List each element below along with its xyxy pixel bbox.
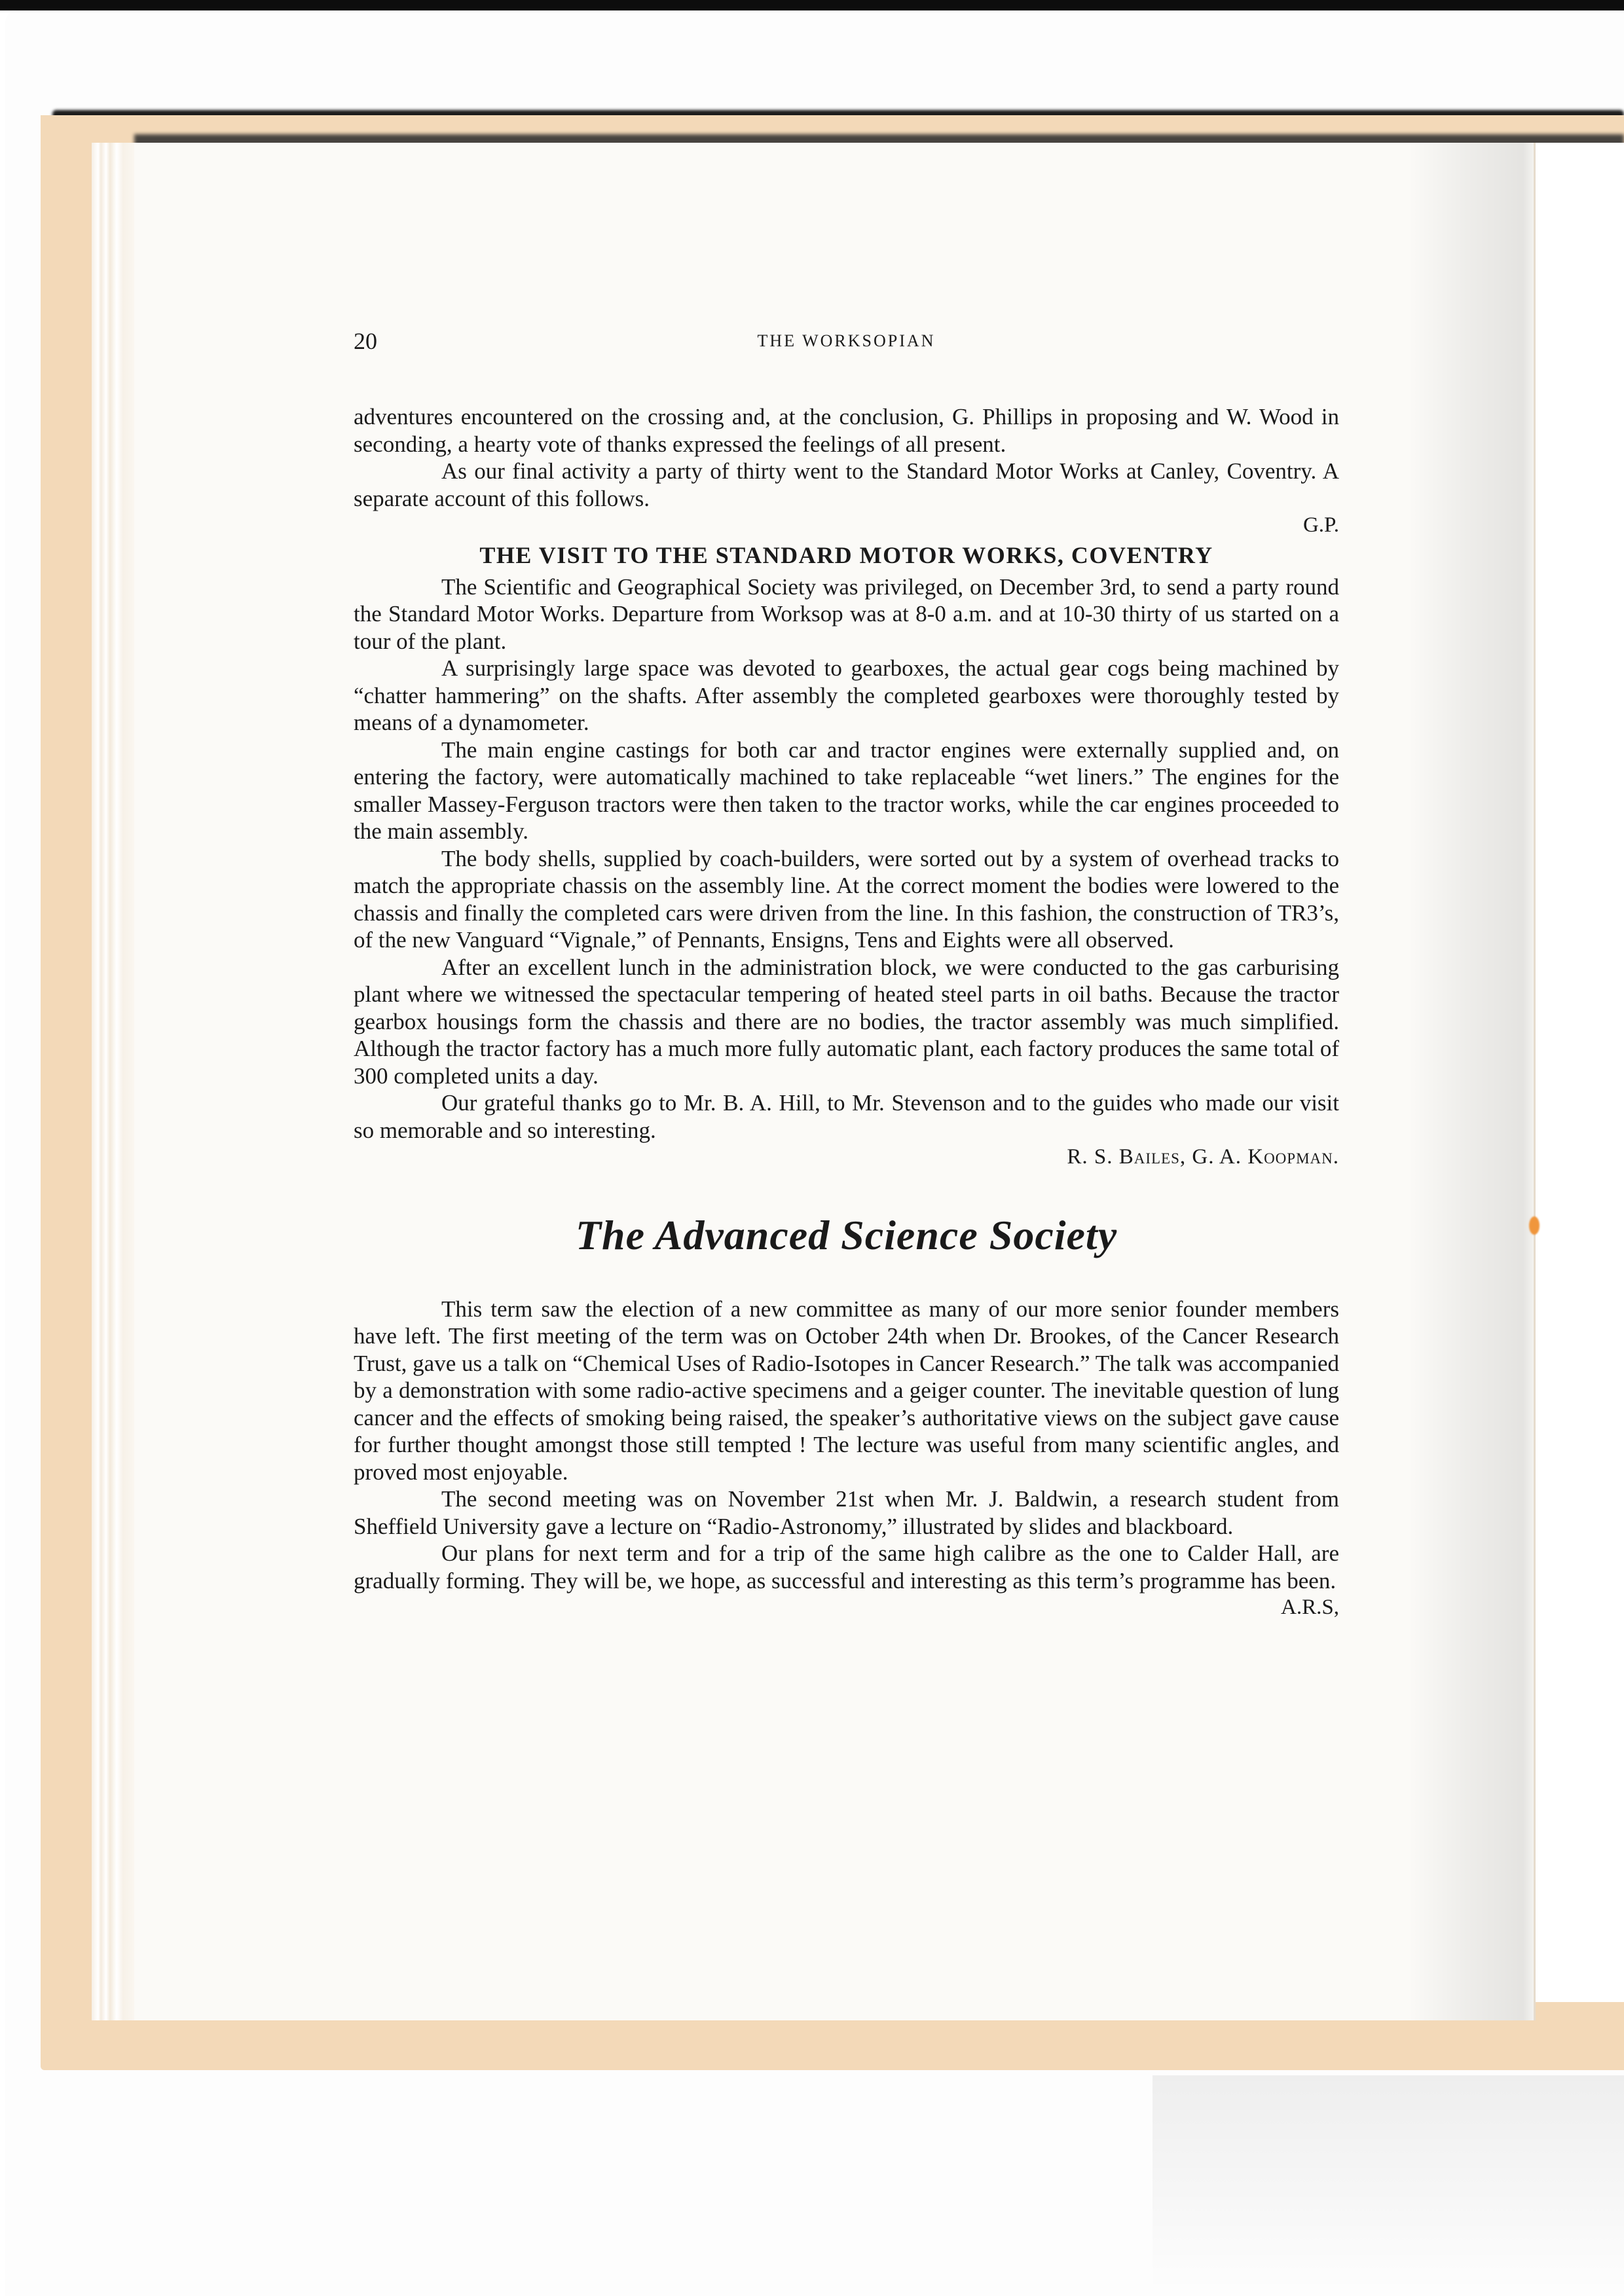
paragraph: After an excellent lunch in the administ… — [354, 954, 1339, 1090]
paragraph: This term saw the election of a new comm… — [354, 1296, 1339, 1486]
paragraph: The main engine castings for both car an… — [354, 737, 1339, 845]
paragraph: The Scientific and Geographical Society … — [354, 574, 1339, 655]
scanner-shadow — [1153, 2075, 1624, 2291]
paragraph: A surprisingly large space was devoted t… — [354, 655, 1339, 737]
running-head: 20 THE WORKSOPIAN — [354, 327, 1339, 359]
section-heading: THE VISIT TO THE STANDARD MOTOR WORKS, C… — [354, 541, 1339, 570]
signature: R. S. Bailes, G. A. Koopman. — [354, 1144, 1339, 1171]
scan-edge-strip — [0, 0, 1624, 10]
facing-page-edge — [1536, 143, 1624, 2002]
paragraph: The body shells, supplied by coach-build… — [354, 845, 1339, 954]
visit-article: THE VISIT TO THE STANDARD MOTOR WORKS, C… — [354, 541, 1339, 1171]
rust-stain-icon — [1529, 1216, 1540, 1235]
page-edges — [92, 143, 138, 2020]
paragraph: The second meeting was on November 21st … — [354, 1485, 1339, 1540]
paragraph: Our plans for next term and for a trip o… — [354, 1540, 1339, 1594]
continued-article: adventures encountered on the crossing a… — [354, 403, 1339, 539]
paragraph: As our final activity a party of thirty … — [354, 458, 1339, 512]
paragraph: adventures encountered on the crossing a… — [354, 403, 1339, 458]
paragraph: Our grateful thanks go to Mr. B. A. Hill… — [354, 1089, 1339, 1144]
society-article: The Advanced Science Society This term s… — [354, 1209, 1339, 1622]
journal-title: THE WORKSOPIAN — [354, 331, 1339, 351]
signature: A.R.S, — [354, 1594, 1339, 1622]
page-fold-shadow — [1408, 143, 1536, 2020]
spacer — [354, 359, 1339, 403]
signature: G.P. — [354, 512, 1339, 539]
article-title: The Advanced Science Society — [354, 1209, 1339, 1262]
page-content: 20 THE WORKSOPIAN adventures encountered… — [354, 327, 1339, 1622]
